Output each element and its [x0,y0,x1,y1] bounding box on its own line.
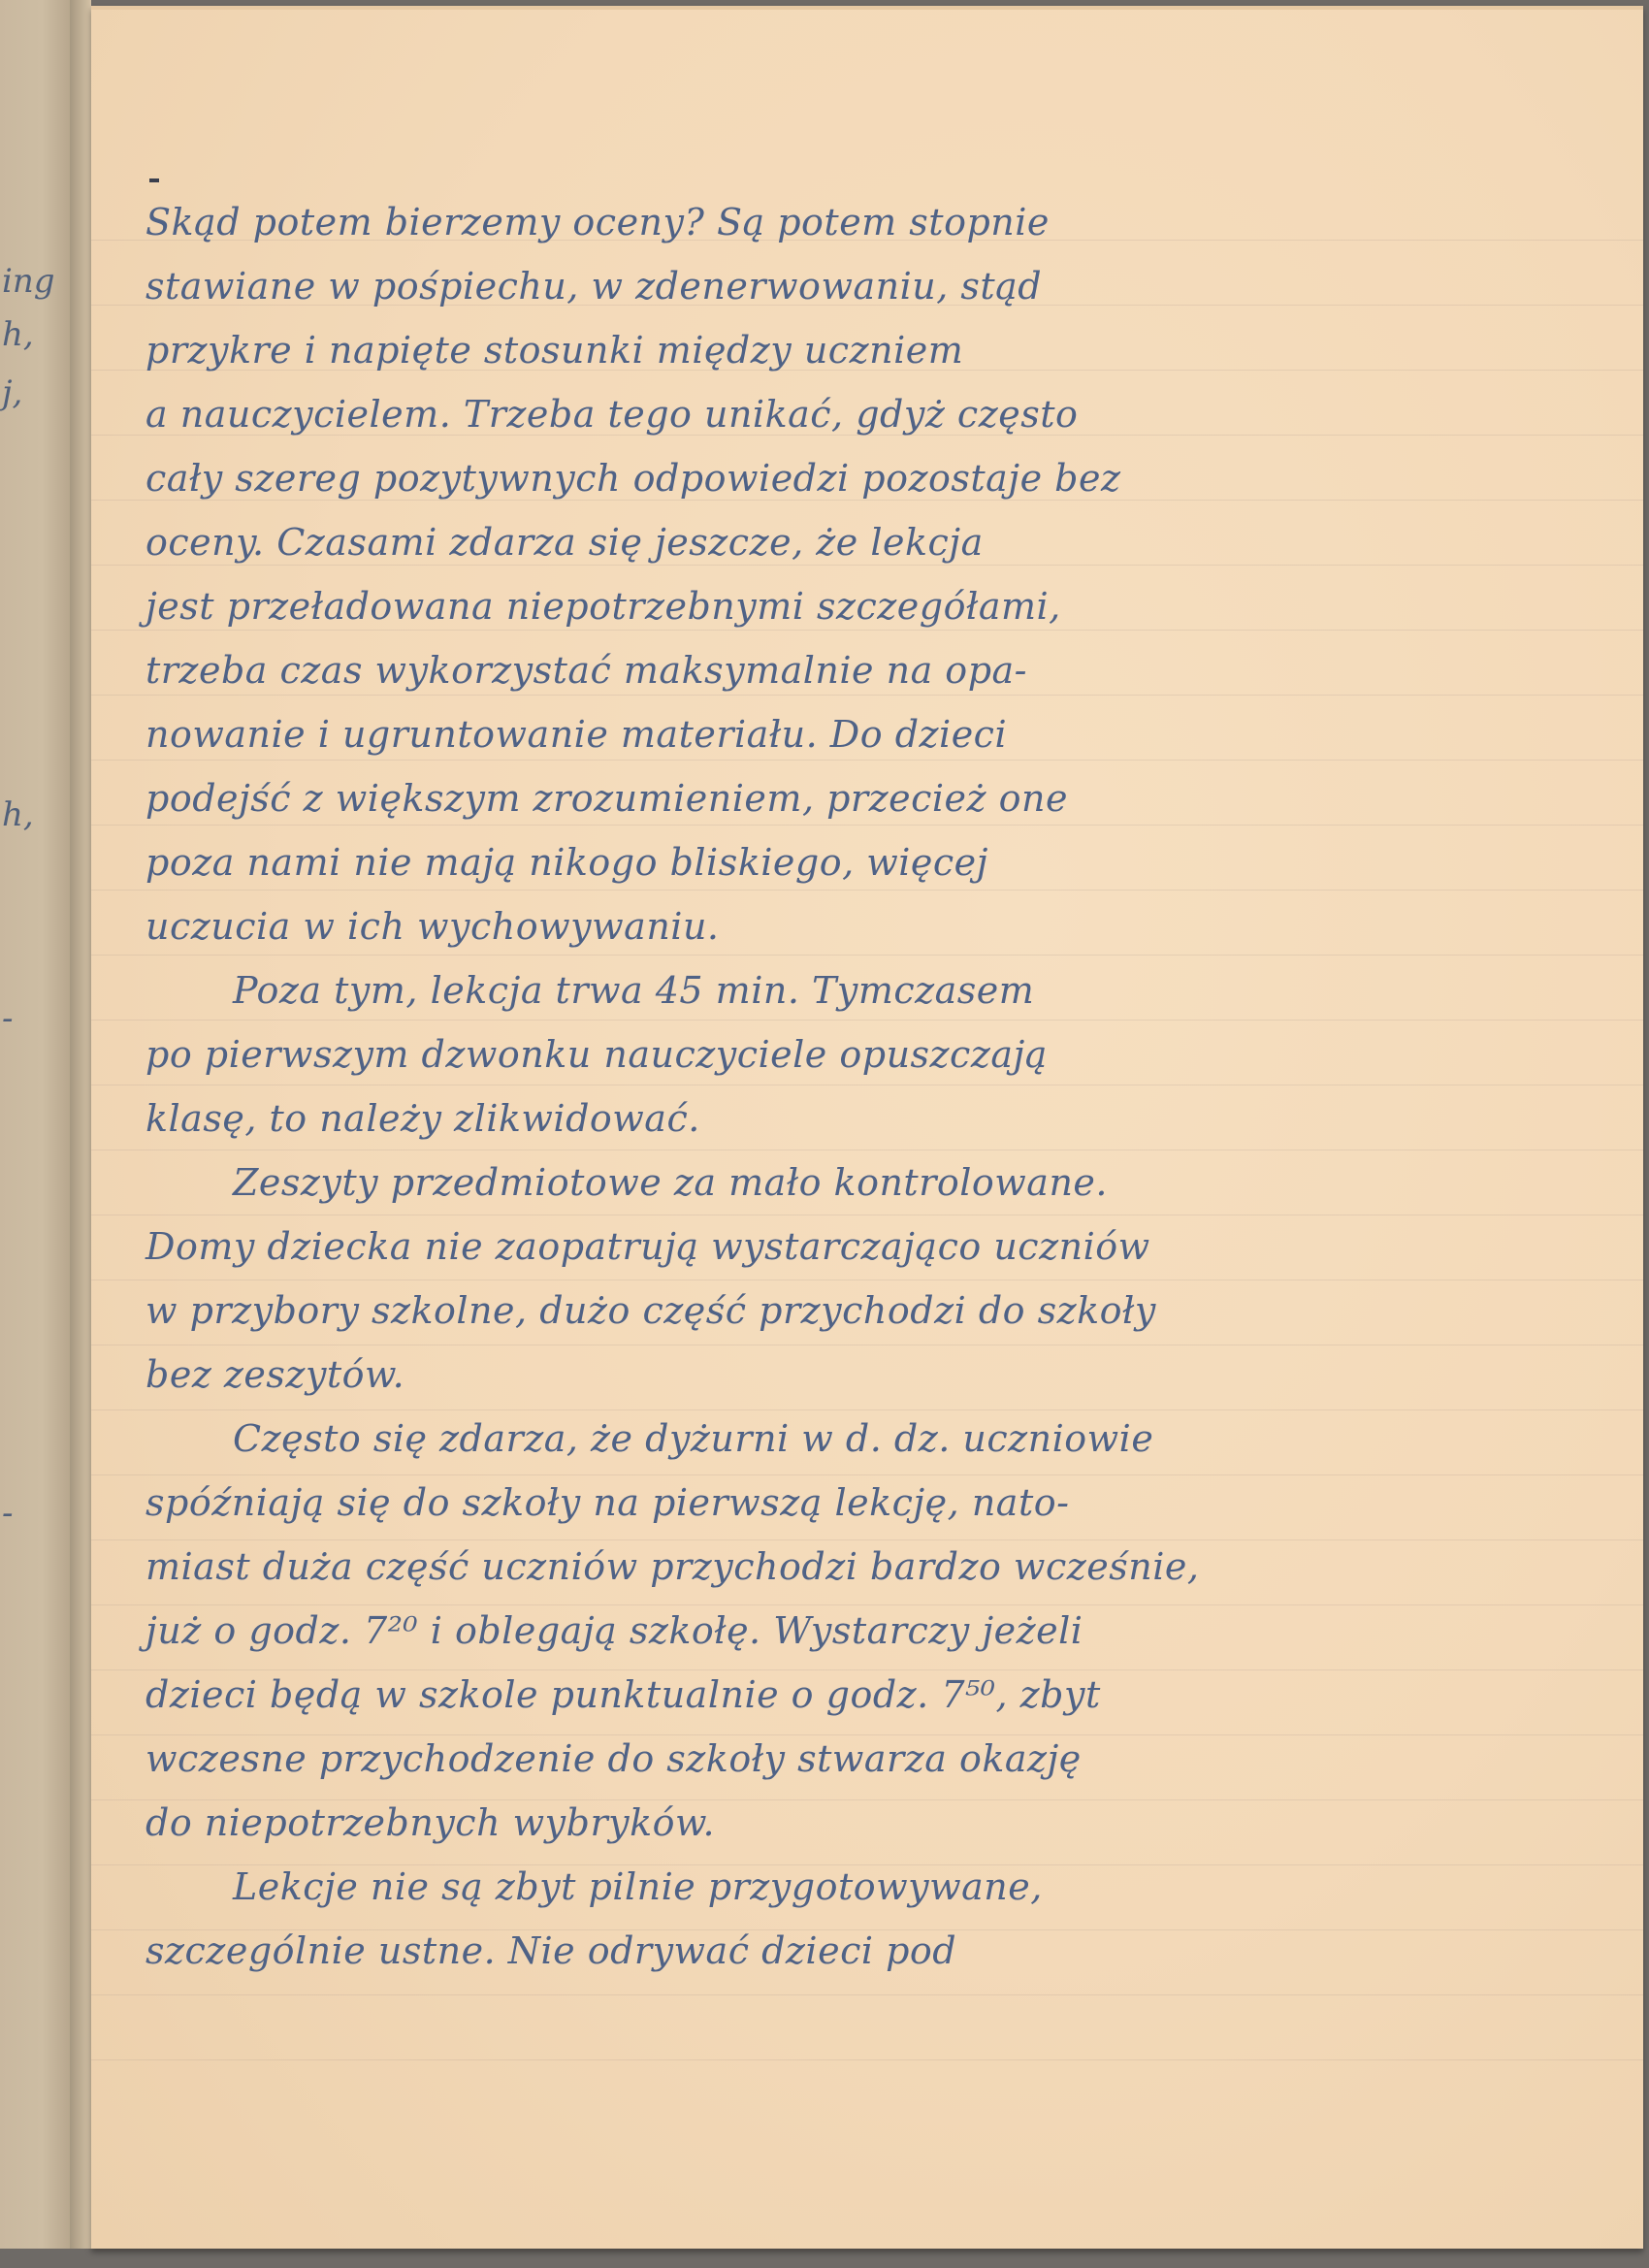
text-line: szczególnie ustne. Nie odrywać dzieci po… [145,1919,1591,1983]
text-line: podejść z większym zrozumieniem, przecie… [145,766,1591,830]
text-line: do niepotrzebnych wybryków. [145,1791,1591,1855]
text-line: po pierwszym dzwonku nauczyciele opuszcz… [145,1022,1591,1086]
previous-page-edge: ing h, j, - h, - [0,0,70,2249]
ink-mark [149,178,159,182]
text-line: a nauczycielem. Trzeba tego unikać, gdyż… [145,382,1591,446]
binding-gutter [70,0,91,2249]
text-line: klasę, to należy zlikwidować. [145,1086,1591,1150]
handwritten-text: Skąd potem bierzemy oceny? Są potem stop… [145,190,1591,1983]
text-line: trzeba czas wykorzystać maksymalnie na o… [145,638,1591,702]
text-line: już o godz. 7²⁰ i oblegają szkołę. Wysta… [145,1599,1591,1663]
margin-fragment: ing [2,262,55,301]
text-line: Poza tym, lekcja trwa 45 min. Tymczasem [145,958,1591,1022]
text-line: bez zeszytów. [145,1343,1591,1407]
margin-fragment: - [2,1494,14,1533]
text-line: miast duża część uczniów przychodzi bard… [145,1535,1591,1599]
text-line: Domy dziecka nie zaopatrują wystarczając… [145,1215,1591,1279]
text-line: poza nami nie mają nikogo bliskiego, wię… [145,830,1591,894]
margin-fragment: - [2,999,14,1038]
text-line: stawiane w pośpiechu, w zdenerwowaniu, s… [145,254,1591,318]
text-line: oceny. Czasami zdarza się jeszcze, że le… [145,510,1591,574]
text-line: uczucia w ich wychowywaniu. [145,894,1591,958]
text-line: Często się zdarza, że dyżurni w d. dz. u… [145,1407,1591,1471]
text-line: Zeszyty przedmiotowe za mało kontrolowan… [145,1150,1591,1215]
text-line: cały szereg pozytywnych odpowiedzi pozos… [145,446,1591,510]
text-line: spóźniają się do szkoły na pierwszą lekc… [145,1471,1591,1535]
text-line: wczesne przychodzenie do szkoły stwarza … [145,1727,1591,1791]
notebook-page: Skąd potem bierzemy oceny? Są potem stop… [91,6,1643,2249]
text-line: jest przeładowana niepotrzebnymi szczegó… [145,574,1591,638]
text-line: Lekcje nie są zbyt pilnie przygotowywane… [145,1855,1591,1919]
text-line: Skąd potem bierzemy oceny? Są potem stop… [145,190,1591,254]
margin-fragment: h, [2,315,34,354]
text-line: dzieci będą w szkole punktualnie o godz.… [145,1663,1591,1727]
text-line: nowanie i ugruntowanie materiału. Do dzi… [145,702,1591,766]
margin-fragment: j, [2,373,22,412]
margin-fragment: h, [2,795,34,834]
text-line: przykre i napięte stosunki między ucznie… [145,318,1591,382]
text-line: w przybory szkolne, dużo część przychodz… [145,1279,1591,1343]
